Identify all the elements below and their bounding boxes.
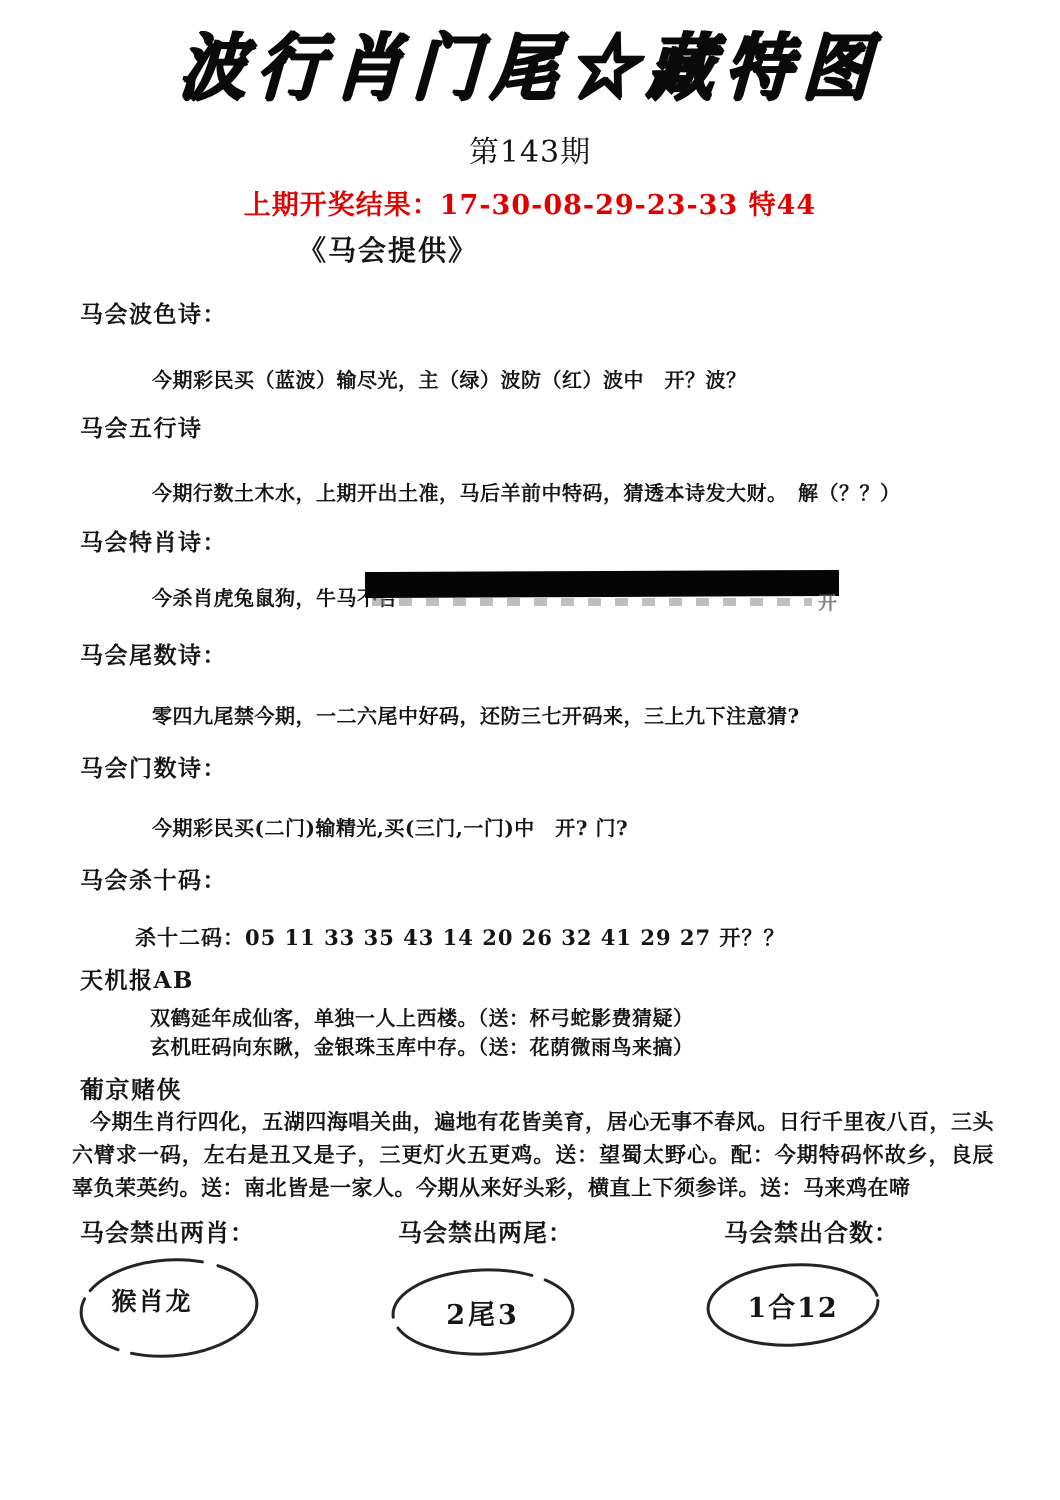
hand-drawn-ellipse-icon bbox=[703, 1260, 883, 1350]
section-heading-bose: 马会波色诗： bbox=[80, 296, 227, 329]
section-heading-menshu: 马会门数诗： bbox=[80, 750, 227, 783]
kill-codes-line: 杀十二码：05 11 33 35 43 14 20 26 32 41 29 27… bbox=[135, 922, 785, 952]
hand-drawn-ellipse-icon bbox=[388, 1266, 578, 1358]
ban-circle-wei: 2尾3 bbox=[388, 1266, 578, 1358]
ban-value-heshu: 1合12 bbox=[703, 1260, 883, 1350]
poem-wuxing: 今期行数土木水，上期开出土准，马后羊前中特码，猜透本诗发大财。 解（？？） bbox=[152, 477, 901, 506]
redaction-bar bbox=[365, 570, 839, 598]
ban-circle-heshu: 1合12 bbox=[703, 1260, 883, 1350]
provider-label: 《马会提供》 bbox=[298, 229, 478, 269]
tianji-line-2: 玄机旺码向东瞅，金银珠玉库中存。（送：花荫微雨鸟来搞） bbox=[150, 1031, 694, 1060]
section-heading-pujing: 葡京赌侠 bbox=[80, 1070, 182, 1105]
hand-drawn-ellipse-icon bbox=[76, 1256, 262, 1362]
pujing-paragraph: 今期生肖行四化，五湖四海唱关曲，遍地有花皆美育，居心无事不春风。日行千里夜八百，… bbox=[72, 1105, 994, 1204]
section-heading-wuxing: 马会五行诗 bbox=[80, 410, 203, 443]
poem-weishu: 零四九尾禁今期，一二六尾中好码，还防三七开码来，三上九下注意猜? bbox=[152, 700, 800, 729]
ban-heading-wei: 马会禁出两尾： bbox=[398, 1213, 573, 1248]
issue-number: 第143期 bbox=[0, 127, 1060, 171]
ban-heading-heshu: 马会禁出合数： bbox=[724, 1213, 899, 1248]
poem-texiao: 今杀肖虎兔鼠狗，牛马不合 bbox=[152, 582, 398, 611]
ban-value-wei: 2尾3 bbox=[388, 1266, 578, 1358]
poem-menshu: 今期彩民买(二门)输精光,买(三门,一门)中 开? 门? bbox=[152, 812, 628, 841]
sheet-title: 波行肖门尾☆藏特图 bbox=[0, 10, 1060, 114]
poem-bose: 今期彩民买（蓝波）输尽光，主（绿）波防（红）波中 开？波？ bbox=[152, 364, 747, 393]
last-draw-result: 上期开奖结果：17-30-08-29-23-33 特44 bbox=[0, 183, 1060, 222]
redacted-text-ghost bbox=[372, 598, 812, 606]
ban-circle-shengxiao: 猴肖龙 bbox=[76, 1256, 262, 1362]
section-heading-shashima: 马会杀十码： bbox=[80, 862, 227, 895]
section-heading-tianji: 天机报AB bbox=[80, 962, 194, 995]
section-heading-texiao: 马会特肖诗： bbox=[80, 524, 227, 557]
ban-heading-shengxiao: 马会禁出两肖： bbox=[80, 1213, 255, 1248]
lottery-tip-sheet: 波行肖门尾☆藏特图 第143期 上期开奖结果：17-30-08-29-23-33… bbox=[0, 0, 1060, 1500]
tianji-line-1: 双鹤延年成仙客，单独一人上西楼。（送：杯弓蛇影费猜疑） bbox=[150, 1002, 694, 1031]
ban-value-shengxiao: 猴肖龙 bbox=[76, 1256, 262, 1362]
section-heading-weishu: 马会尾数诗： bbox=[80, 637, 227, 670]
redacted-text-tail: 开 bbox=[818, 588, 837, 615]
